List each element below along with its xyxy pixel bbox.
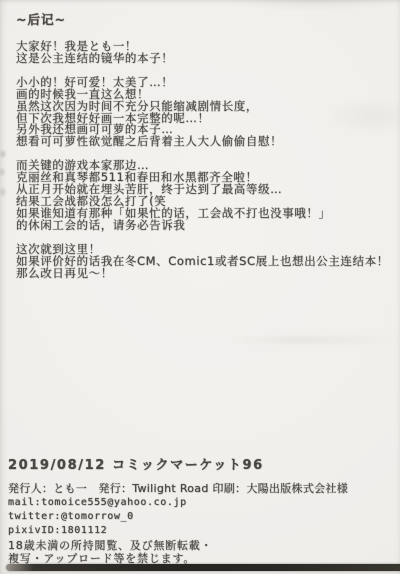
afterword-line: 想看可可萝性欲觉醒之后背着主人大人偷偷自慰！ [16, 136, 392, 148]
afterword-line: 那么改日再见～！ [16, 268, 392, 280]
age-notice-line: 18歳未満の所持閲覧、及び無断転載・ [8, 539, 396, 552]
afterword-line: 的休闲工会的话，请务必告诉我 [16, 220, 392, 232]
colophon-section: 2019/08/12 コミックマーケット96 発行人：とも一 発行：Twilig… [8, 459, 396, 565]
afterword-paragraph-game: 而关键的游戏本家那边… 克丽丝和真琴都511和春田和水黑都齐全啦！ 从正月开始就… [16, 160, 392, 231]
afterword-title: ~后记~ [16, 13, 392, 26]
event-date-line: 2019/08/12 コミックマーケット96 [8, 459, 396, 473]
afterword-paragraph-drawing: 小小的！好可爱！太美了…！ 画的时候我一直这么想！ 虽然这次因为时间不充分只能缩… [16, 77, 392, 148]
afterword-paragraph-closing: 这次就到这里！ 如果评价好的话我在冬CM、Comic1或者SC展上也想出公主连结… [16, 244, 392, 280]
scanned-afterword-page: ~后记~ 大家好！我是とも一！ 这是公主连结的镜华的本子！ 小小的！好可爱！太美… [0, 0, 400, 574]
afterword-section: ~后记~ 大家好！我是とも一！ 这是公主连结的镜华的本子！ 小小的！好可爱！太美… [16, 13, 392, 291]
contact-mail: mail:tomoice555@yahoo.co.jp [8, 497, 396, 509]
scan-edge-bar [6, 564, 400, 571]
afterword-paragraph-greeting: 大家好！我是とも一！ 这是公主连结的镜华的本子！ [16, 41, 392, 65]
scan-streak-middle [230, 336, 400, 344]
afterword-line: 这是公主连结的镜华的本子！ [16, 53, 392, 65]
scan-smudge-left-edge [0, 146, 9, 202]
contact-pixiv: pixivID:1801112 [8, 525, 396, 537]
contact-twitter: twitter:@tomorrow_0 [8, 511, 396, 523]
publisher-line: 発行人：とも一 発行：Twilight Road 印刷：大陽出版株式会社様 [8, 482, 396, 495]
